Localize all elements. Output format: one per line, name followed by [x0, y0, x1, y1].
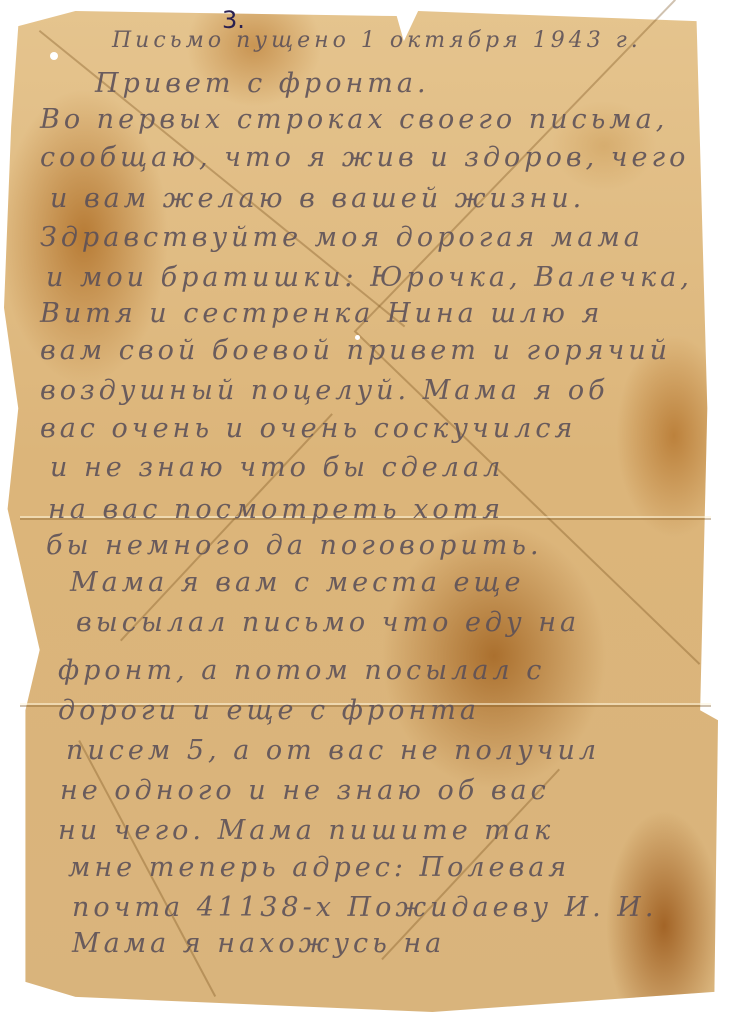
letter-line: ни чего. Мама пишите так	[58, 815, 554, 846]
pin-hole	[50, 52, 58, 60]
letter-line: и не знаю что бы сделал	[50, 452, 504, 483]
letter-line: фронт, а потом посылал с	[58, 655, 545, 686]
letter-line: бы немного да поговорить.	[46, 530, 543, 561]
letter-line: Здравствуйте моя дорогая мама	[40, 222, 644, 253]
letter-line: воздушный поцелуй. Мама я об	[40, 375, 609, 406]
letter-line: не одного и не знаю об вас	[60, 775, 550, 806]
letter-line: и вам желаю в вашей жизни.	[50, 183, 585, 214]
letter-line: и мои братишки: Юрочка, Валечка,	[46, 262, 693, 293]
letter-header-line: Письмо пущено 1 октября 1943 г.	[112, 28, 642, 53]
letter-line: почта 41138-х Пожидаеву И. И.	[72, 892, 657, 923]
letter-line: Мама я нахожусь на	[72, 928, 445, 959]
letter-line: сообщаю, что я жив и здоров, чего	[40, 142, 689, 173]
letter-line: вас очень и очень соскучился	[40, 413, 576, 444]
letter-line: Во первых строках своего письма,	[40, 104, 668, 135]
letter-line: дороги и еще с фронта	[58, 695, 480, 726]
letter-line: Привет с фронта.	[95, 68, 430, 99]
letter-line: Мама я вам с места еще	[70, 567, 525, 598]
letter-line: высылал письмо что еду на	[76, 607, 580, 638]
letter-line: мне теперь адрес: Полевая	[68, 852, 570, 883]
letter-line: Витя и сестренка Нина шлю я	[40, 298, 603, 329]
letter-line: писем 5, а от вас не получил	[66, 735, 600, 766]
letter-line: вам свой боевой привет и горячий	[40, 335, 671, 366]
letter-line: на вас посмотреть хотя	[48, 494, 504, 525]
